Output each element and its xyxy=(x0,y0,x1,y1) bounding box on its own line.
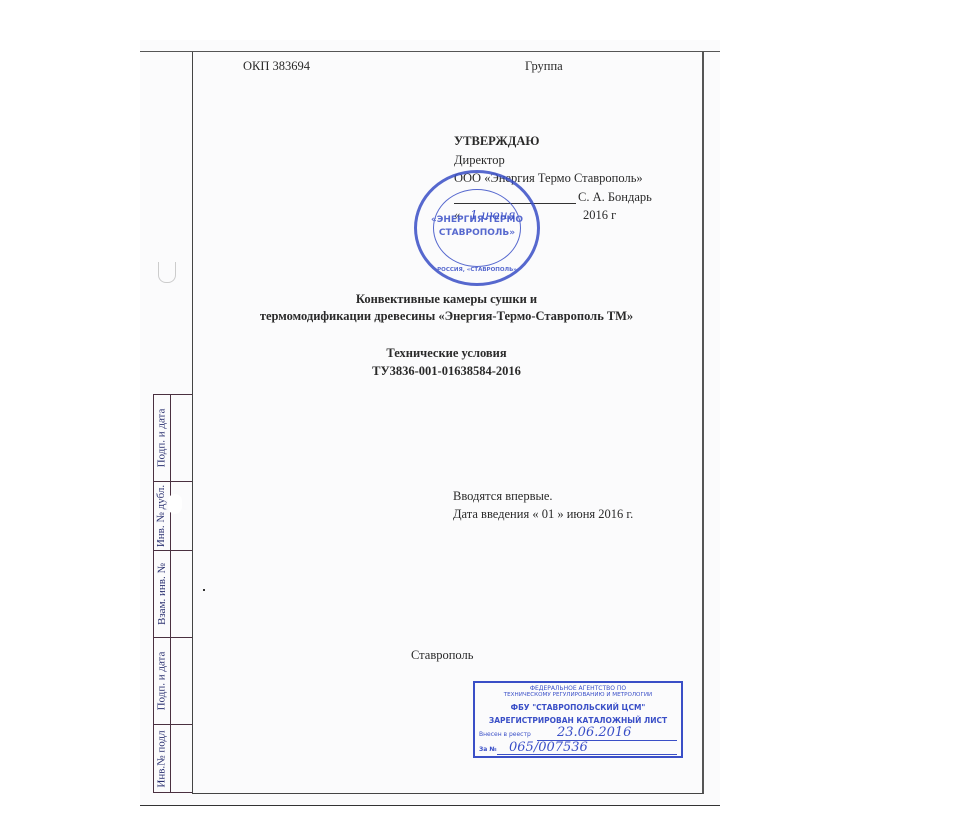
side-label-original-inv: Инв.№ подл xyxy=(153,724,170,793)
title-line1: Конвективные камеры сушки и xyxy=(192,292,701,307)
scan-speck xyxy=(203,589,205,591)
reg-org: ФБУ "СТАВРОПОЛЬСКИЙ ЦСМ" xyxy=(479,703,677,712)
side-label-sign-date: Подп. и дата xyxy=(153,394,170,481)
title-line2: термомодификации древесины «Энергия-Терм… xyxy=(192,309,701,324)
approval-signatory: С. А. Бондарь xyxy=(578,190,652,205)
reg-agency-line2: ТЕХНИЧЕСКОМУ РЕГУЛИРОВАНИЮ И МЕТРОЛОГИИ xyxy=(479,692,677,698)
doc-code: ТУ3836-001-01638584-2016 xyxy=(192,364,701,379)
registration-stamp: ФЕДЕРАЛЬНОЕ АГЕНТСТВО ПО ТЕХНИЧЕСКОМУ РЕ… xyxy=(473,681,683,758)
intro-first-time: Вводятся впервые. xyxy=(453,489,553,504)
side-label-sign-date-2: Подп. и дата xyxy=(153,637,170,724)
company-seal: «ЭНЕРГИЯ-ТЕРМО СТАВРОПОЛЬ» РОССИЯ, «СТАВ… xyxy=(414,170,540,286)
side-label-replace-inv: Взам. инв. № xyxy=(153,550,170,637)
group-label: Группа xyxy=(525,59,563,74)
approval-position: Директор xyxy=(454,153,505,168)
side-table-column-divider xyxy=(170,394,171,793)
reg-agency-line1: ФЕДЕРАЛЬНОЕ АГЕНТСТВО ПО xyxy=(479,685,677,692)
reg-registry-date: 23.06.2016 xyxy=(557,725,631,740)
punch-hole-mark xyxy=(168,494,182,514)
side-label-dup-inv: Инв. № дубл. xyxy=(153,481,170,550)
city-label: Ставрополь xyxy=(411,648,473,663)
reg-number-value: 065/007536 xyxy=(509,740,588,755)
okp-code: ОКП 383694 xyxy=(243,59,310,74)
bottom-border-line xyxy=(140,805,720,806)
reg-number-label: За № xyxy=(479,746,497,753)
doc-type: Технические условия xyxy=(192,346,701,361)
approval-year: 2016 г xyxy=(583,208,616,223)
seal-bottom-text: РОССИЯ, «СТАВРОПОЛЬ» xyxy=(417,267,537,273)
seal-center-line1: «ЭНЕРГИЯ-ТЕРМО xyxy=(417,215,537,225)
reg-number-underline xyxy=(497,754,677,755)
intro-effective-date: Дата введения « 01 » июня 2016 г. xyxy=(453,507,633,522)
seal-center-line2: СТАВРОПОЛЬ» xyxy=(417,228,537,238)
reg-registry-label: Внесен в реестр xyxy=(479,731,531,738)
reg-status: ЗАРЕГИСТРИРОВАН КАТАЛОЖНЫЙ ЛИСТ xyxy=(479,716,677,725)
approval-title: УТВЕРЖДАЮ xyxy=(454,134,539,149)
punch-hole-mark xyxy=(158,262,176,283)
